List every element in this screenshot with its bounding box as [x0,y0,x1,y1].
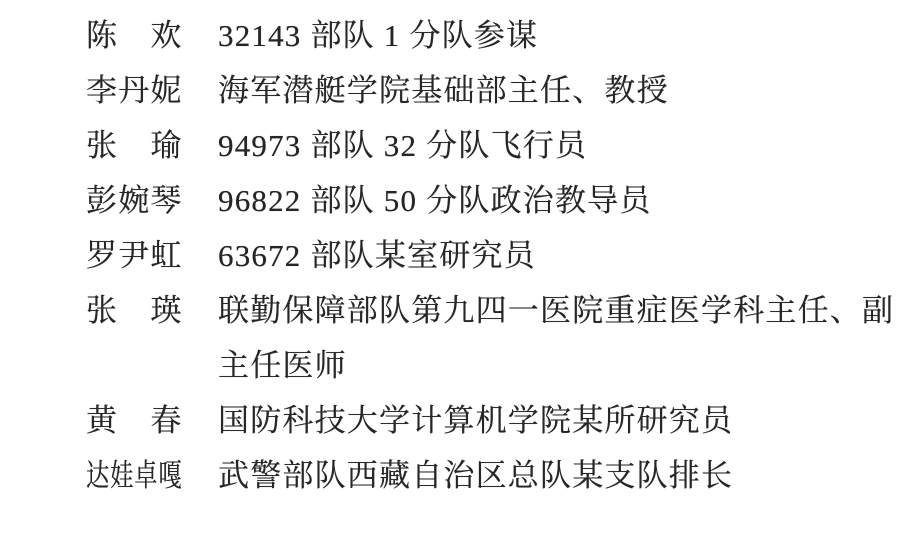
person-position: 94973 部队 32 分队飞行员 [218,118,900,173]
person-position: 32143 部队 1 分队参谋 [218,8,900,63]
person-position: 海军潜艇学院基础部主任、教授 [218,63,900,118]
person-position: 63672 部队某室研究员 [218,228,900,283]
person-row: 张 瑛 联勤保障部队第九四一医院重症医学科主任、副主任医师 [86,283,900,393]
person-name: 罗尹虹 [86,228,186,283]
person-name: 张 瑛 [86,283,186,338]
person-row: 达娃卓嘎 武警部队西藏自治区总队某支队排长 [86,448,900,503]
person-row: 黄 春 国防科技大学计算机学院某所研究员 [86,393,900,448]
honor-list: 陈 欢 32143 部队 1 分队参谋 李丹妮 海军潜艇学院基础部主任、教授 张… [86,8,900,503]
person-row: 陈 欢 32143 部队 1 分队参谋 [86,8,900,63]
person-position: 武警部队西藏自治区总队某支队排长 [218,448,900,503]
person-position: 96822 部队 50 分队政治教导员 [218,173,900,228]
person-row: 彭婉琴 96822 部队 50 分队政治教导员 [86,173,900,228]
person-name: 李丹妮 [86,63,186,118]
person-name: 彭婉琴 [86,173,186,228]
person-name: 张 瑜 [86,118,186,173]
person-position: 联勤保障部队第九四一医院重症医学科主任、副主任医师 [218,283,900,393]
person-name: 陈 欢 [86,8,186,63]
person-row: 罗尹虹 63672 部队某室研究员 [86,228,900,283]
person-row: 张 瑜 94973 部队 32 分队飞行员 [86,118,900,173]
person-name: 黄 春 [86,393,186,448]
document-page: 陈 欢 32143 部队 1 分队参谋 李丹妮 海军潜艇学院基础部主任、教授 张… [0,0,900,547]
person-row: 李丹妮 海军潜艇学院基础部主任、教授 [86,63,900,118]
person-name: 达娃卓嘎 [86,448,161,503]
person-position: 国防科技大学计算机学院某所研究员 [218,393,900,448]
